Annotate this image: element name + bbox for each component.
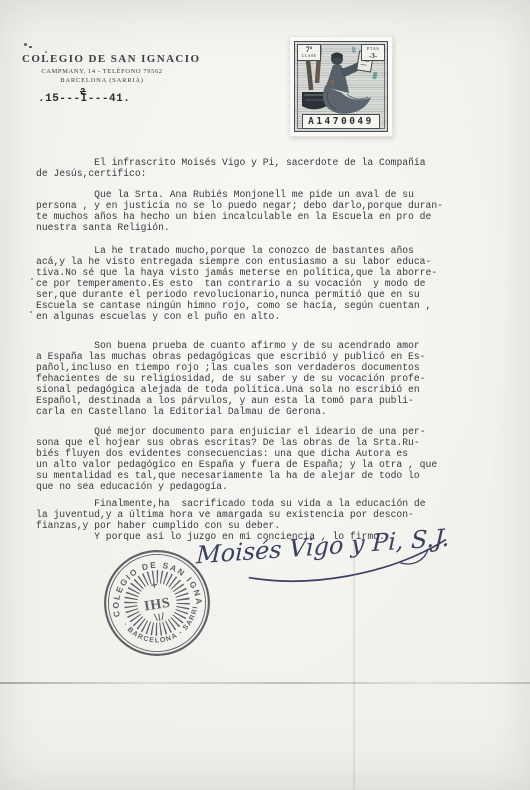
stamp-currency-value: -3- bbox=[362, 53, 384, 60]
letterhead-address: CAMPMANY, 14 - TELÉFONO 79562 bbox=[22, 68, 182, 75]
scanned-letter-page: COLEGIO DE SAN IGNACIO CAMPMANY, 14 - TE… bbox=[0, 0, 530, 790]
letterhead-city: BARCELONA (SARRIÁ) bbox=[22, 77, 182, 84]
paragraph-aval-request: Que la Srta. Ana Rubiés Monjonell me pid… bbox=[36, 189, 514, 233]
stamp-class-box: 7ª CLASE bbox=[297, 44, 321, 61]
typed-date-overstrike: 2 bbox=[80, 87, 86, 97]
signature-name-text: Moisés Vigo y Pi, S.J. bbox=[195, 524, 450, 570]
revenue-stamp: 7ª CLASE PTAS -3- bbox=[289, 36, 393, 137]
paragraph-two-conclusions: Qué mejor documento para enjuiciar el id… bbox=[36, 426, 514, 492]
letterhead: COLEGIO DE SAN IGNACIO CAMPMANY, 14 - TE… bbox=[22, 53, 182, 84]
scan-streak bbox=[353, 540, 355, 790]
paper-fold-line bbox=[0, 682, 530, 684]
ink-speck bbox=[24, 43, 27, 46]
letter-body: El infrascrito Moisés Vigo y Pi, sacerdo… bbox=[36, 157, 514, 542]
stamp-class-word: CLASE bbox=[298, 54, 320, 58]
paragraph-pedagogical-works: Son buena prueba de cuanto afirmo y de s… bbox=[36, 340, 514, 417]
ink-speck bbox=[29, 46, 32, 48]
ink-speck bbox=[45, 51, 47, 53]
typed-date: .15---I---41. 2 bbox=[38, 93, 130, 105]
revenue-stamp-frame: 7ª CLASE PTAS -3- bbox=[294, 41, 388, 132]
margin-dot bbox=[30, 311, 32, 313]
paragraph-certifier-intro: El infrascrito Moisés Vigo y Pi, sacerdo… bbox=[36, 157, 514, 179]
letterhead-school-name: COLEGIO DE SAN IGNACIO bbox=[22, 53, 182, 65]
school-rubber-seal: COLEGIO DE SAN IGNACIO · BARCELONA - SAR… bbox=[100, 546, 214, 660]
paragraph-personal-conduct: La he tratado mucho,porque la conozco de… bbox=[36, 245, 514, 322]
handwritten-signature: Moisés Vigo y Pi, S.J. bbox=[190, 512, 470, 592]
stamp-currency-word: PTAS bbox=[362, 47, 384, 52]
stamp-value-box: PTAS -3- bbox=[361, 44, 385, 61]
margin-dot bbox=[31, 278, 33, 280]
stamp-serial-number: A1470049 bbox=[302, 114, 380, 129]
